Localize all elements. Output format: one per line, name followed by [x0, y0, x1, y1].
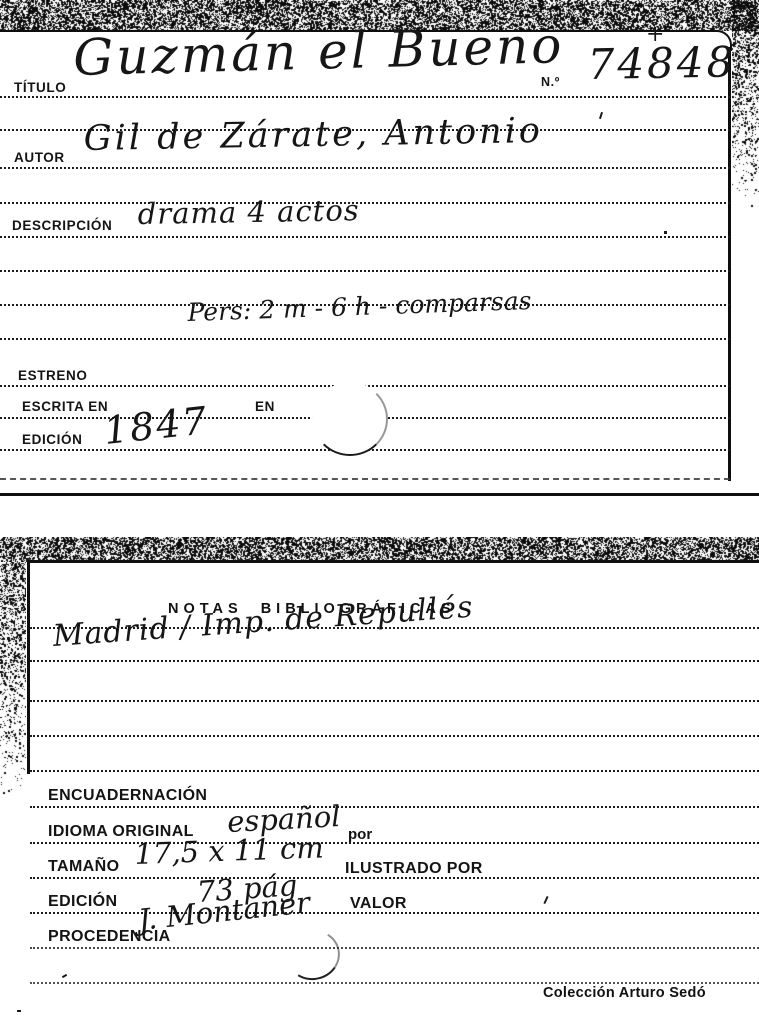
tamano-handwritten: 17,5 x 11 cm — [134, 833, 324, 869]
autor-handwritten: Gil de Zárate, Antonio — [83, 114, 543, 157]
rule-line — [30, 877, 759, 879]
title-card-right-edge — [728, 47, 731, 481]
rule-line — [30, 806, 759, 808]
scan-noise-band-middle — [0, 537, 759, 562]
descripcion-handwritten: drama 4 actos — [137, 196, 359, 229]
valor-label: VALOR — [350, 896, 407, 912]
ilustrado-por-label: ILUSTRADO POR — [345, 861, 483, 877]
signature-flourish — [281, 925, 344, 985]
rule-line — [30, 770, 759, 772]
scan-noise-right-strip — [732, 0, 759, 210]
escrita-en-label: ESCRITA EN — [22, 400, 108, 414]
tamano-label: TAMAÑO — [48, 859, 119, 875]
scan-speck — [62, 974, 67, 978]
scanned-catalog-cards: TÍTULO N.º AUTOR DESCRIPCIÓN ESTRENO ESC… — [0, 0, 759, 1028]
edicion-notes-label: EDICIÓN — [48, 894, 117, 910]
scan-speck — [17, 1010, 21, 1012]
rule-line — [0, 96, 730, 98]
rule-line — [0, 236, 730, 238]
encuadernacion-label: ENCUADERNACIÓN — [48, 788, 207, 804]
numero-handwritten: 74848 — [587, 41, 736, 86]
edicion-label: EDICIÓN — [22, 433, 82, 447]
en-label: EN — [255, 400, 275, 414]
title-card-bottom-edge — [0, 478, 730, 480]
edicion-handwritten: 1847 — [102, 401, 210, 450]
scan-speck — [599, 112, 603, 119]
rule-line — [30, 700, 759, 702]
titulo-label: TÍTULO — [14, 81, 66, 95]
procedencia-handwritten: J. Montaner — [137, 888, 311, 935]
scan-speck — [664, 231, 667, 234]
titulo-handwritten: Guzmán el Bueno — [73, 20, 565, 83]
notes-card-top-edge — [27, 560, 759, 563]
rule-line — [0, 338, 730, 340]
notes-card-left-edge — [27, 562, 30, 774]
scan-divider-line — [0, 493, 759, 496]
descripcion-label: DESCRIPCIÓN — [12, 219, 112, 233]
rule-line — [30, 660, 759, 662]
collection-credit: Colección Arturo Sedó — [543, 986, 706, 1001]
reparto-note-handwritten: Pers: 2 m - 6 h - comparsas — [187, 288, 532, 325]
rule-line — [30, 735, 759, 737]
numero-plus-mark: + — [646, 24, 664, 46]
por-label: por — [348, 827, 372, 842]
estreno-label: ESTRENO — [18, 369, 87, 383]
numero-label: N.º — [541, 76, 560, 89]
scan-speck — [543, 896, 548, 904]
scan-noise-left-strip — [0, 562, 26, 797]
rule-line — [0, 167, 730, 169]
autor-label: AUTOR — [14, 151, 65, 165]
rule-line — [30, 982, 759, 984]
rule-line — [0, 270, 730, 272]
rule-line — [30, 947, 759, 949]
rule-line — [0, 202, 730, 204]
punch-hole — [312, 382, 388, 456]
